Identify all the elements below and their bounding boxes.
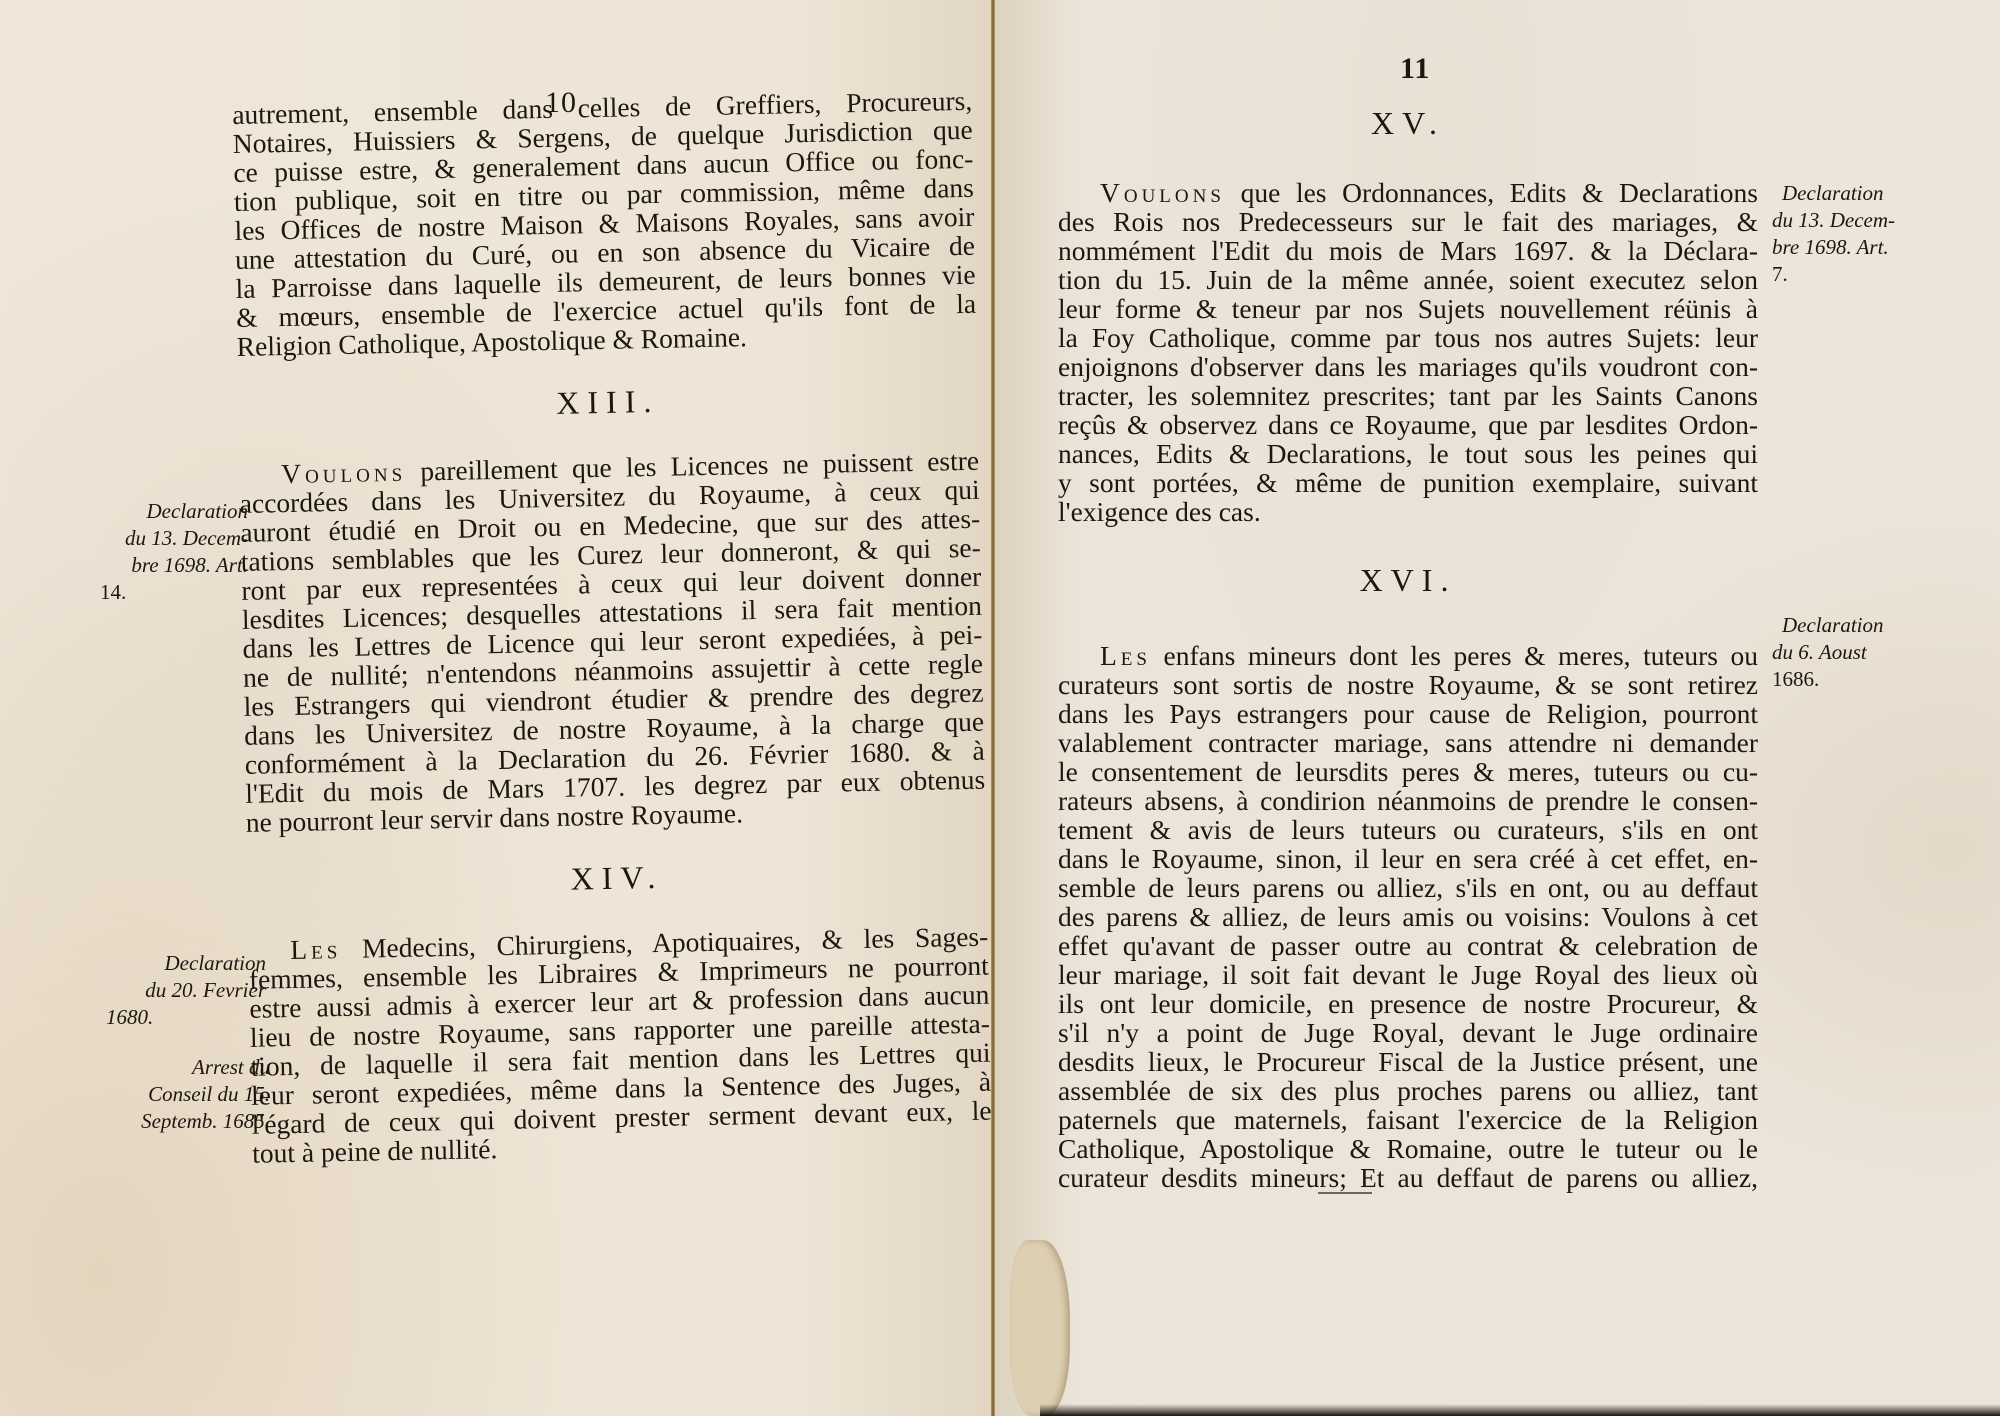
margin-note-xvi: Declaration du 6. Aoust 1686. xyxy=(1772,612,1992,693)
text-line: curateur desdits mineurs; Et au deffaut … xyxy=(1058,1163,1758,1192)
text-line: ils ont leur domicile, en presence de no… xyxy=(1058,989,1758,1018)
text-line: des parens & alliez, de leurs amis ou vo… xyxy=(1058,902,1758,931)
book-gutter xyxy=(991,0,995,1416)
text-line: y sont portées, & même de punition exemp… xyxy=(1058,468,1758,497)
text-line: tracter, les solemnitez prescrites; tant… xyxy=(1058,381,1758,410)
text-line: rateurs absens, à condirion néanmoins de… xyxy=(1058,786,1758,815)
text-line: semble de leurs parens ou alliez, s'ils … xyxy=(1058,873,1758,902)
page-end-rule xyxy=(1318,1192,1372,1194)
text-line: leur forme & teneur par nos Sujets nouve… xyxy=(1058,294,1758,323)
margin-note-xv: Declaration du 13. Decem- bre 1698. Art.… xyxy=(1772,180,1992,288)
page-bottom-shadow xyxy=(1040,1404,2000,1416)
text-line: dans le Royaume, sinon, il leur en sera … xyxy=(1058,844,1758,873)
article-lead-word: Voulons xyxy=(1100,177,1225,208)
text-line: nances, Edits & Declarations, le tout so… xyxy=(1058,439,1758,468)
text-line: tement & avis de leurs tuteurs ou curate… xyxy=(1058,815,1758,844)
text-line: valablement contracter mariage, sans att… xyxy=(1058,728,1758,757)
text-line: Catholique, Apostolique & Romaine, outre… xyxy=(1058,1134,1758,1163)
margin-note-xiv-arrest: Arrest du Conseil du 15. Septemb. 1685. xyxy=(104,1054,270,1135)
text-line: la Foy Catholique, comme par tous nos au… xyxy=(1058,323,1758,352)
left-text-column: autrement, ensemble dans celles de Greff… xyxy=(232,86,992,1168)
text-line: nommément l'Edit du mois de Mars 1697. &… xyxy=(1058,236,1758,265)
text-line: enjoignons d'observer dans les mariages … xyxy=(1058,352,1758,381)
text-line: paternels que maternels, faisant l'exerc… xyxy=(1058,1105,1758,1134)
text-line: reçûs & observez dans ce Royaume, que pa… xyxy=(1058,410,1758,439)
text-line: leur mariage, il soit fait devant le Jug… xyxy=(1058,960,1758,989)
article-heading-xv: XV. xyxy=(1058,105,1758,142)
book-spread: 10 autrement, ensemble dans celles de Gr… xyxy=(0,0,2000,1416)
article-heading-xvi: XVI. xyxy=(1058,562,1758,599)
margin-note-xiv-declaration: Declaration du 20. Fevrier 1680. xyxy=(106,950,266,1031)
margin-note-xiii: Declaration du 13. Decem- bre 1698. Art.… xyxy=(100,498,248,606)
text-line: dans les Pays estrangers pour cause de R… xyxy=(1058,699,1758,728)
torn-paper-fragment xyxy=(1010,1240,1070,1416)
text-line: des Rois nos Predecesseurs sur le fait d… xyxy=(1058,207,1758,236)
page-number-right: 11 xyxy=(1400,52,1430,86)
text-line: le consentement de leursdits peres & mer… xyxy=(1058,757,1758,786)
text-line: effet qu'avant de passer outre au contra… xyxy=(1058,931,1758,960)
text-line: s'il n'y a point de Juge Royal, devant l… xyxy=(1058,1018,1758,1047)
text-line: curateurs sont sortis de nostre Royaume,… xyxy=(1058,670,1758,699)
text-line: Voulons que les Ordonnances, Edits & Dec… xyxy=(1058,178,1758,207)
text-line: desdits lieux, le Procureur Fiscal de la… xyxy=(1058,1047,1758,1076)
right-text-column: XV. Voulons que les Ordonnances, Edits &… xyxy=(1058,105,1758,1192)
article-lead-word: Les xyxy=(1100,640,1151,671)
article-lead-word: Les xyxy=(290,933,342,965)
text-line: assemblée de six des plus proches parens… xyxy=(1058,1076,1758,1105)
article-heading-xiii: XIII. xyxy=(238,377,979,428)
text-line: Les enfans mineurs dont les peres & mere… xyxy=(1058,641,1758,670)
text-line: l'exigence des cas. xyxy=(1058,497,1758,526)
article-heading-xiv: XIV. xyxy=(247,853,988,904)
text-line: tion du 15. Juin de la même année, soien… xyxy=(1058,265,1758,294)
